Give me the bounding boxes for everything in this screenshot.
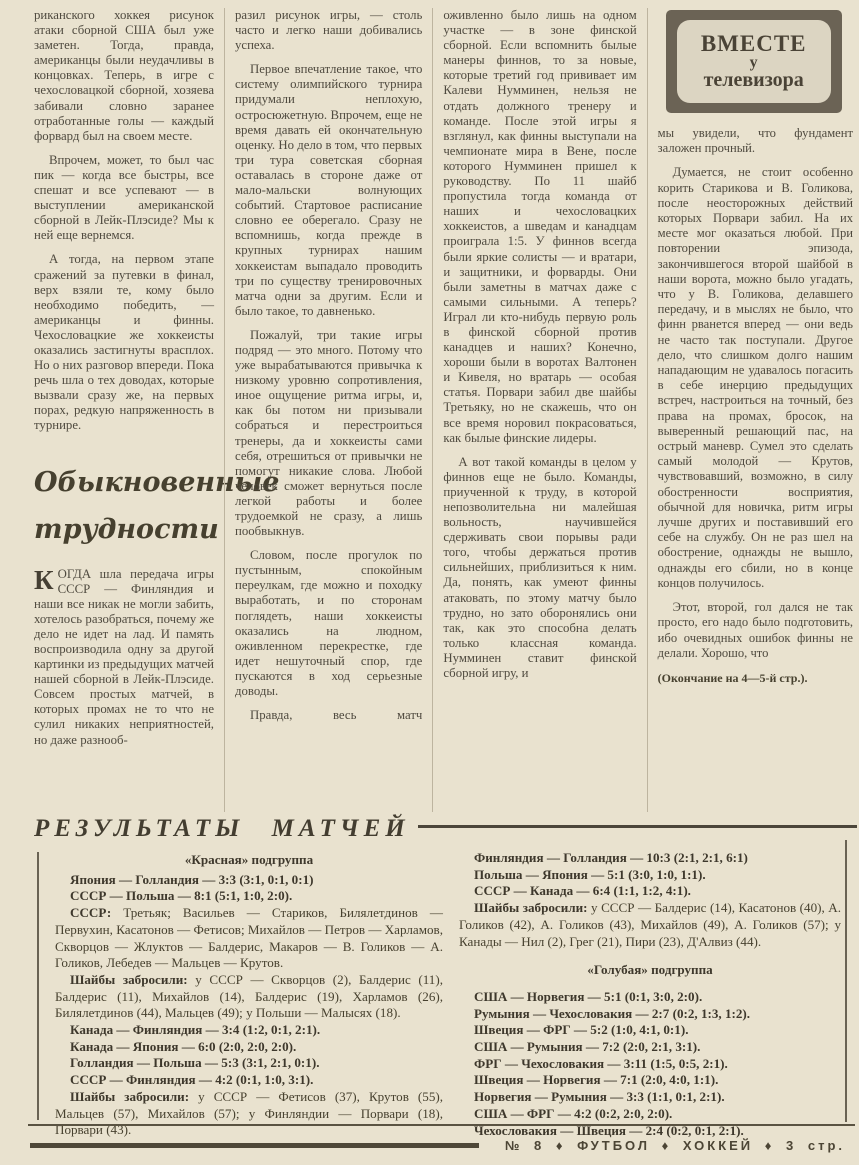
page-footer: № 8 ♦ ФУТБОЛ ♦ ХОККЕЙ ♦ 3 стр. xyxy=(30,1138,845,1153)
paragraph: оживленно было лишь на одном участке — в… xyxy=(443,8,636,446)
article-column-3: оживленно было лишь на одном участке — в… xyxy=(432,8,636,812)
match-line: Финляндия — Голландия — 10:3 (2:1, 2:1, … xyxy=(474,850,748,865)
tv-logo-line-3: телевизора xyxy=(704,70,804,90)
tv-logo-box: ВМЕСТЕ у телевизора xyxy=(666,10,842,113)
match-line: СССР — Финляндия — 4:2 (0:1, 1:0, 3:1). xyxy=(70,1072,313,1087)
drop-cap: К xyxy=(34,567,58,593)
match-line: Швеция — Норвегия — 7:1 (2:0, 4:0, 1:1). xyxy=(474,1072,718,1087)
scorers-paragraph: Шайбы забросили: у СССР — Балдерис (14),… xyxy=(459,900,841,950)
scorers-lead: Шайбы забросили: xyxy=(474,900,588,915)
roster-text: Третьяк; Васильев — Стариков, Билялетдин… xyxy=(55,905,443,970)
paragraph: КОГДА шла передача игры СССР — Финляндия… xyxy=(34,567,214,748)
match-line: США — Норвегия — 5:1 (0:1, 3:0, 2:0). xyxy=(474,989,702,1004)
match-line: США — ФРГ — 4:2 (0:2, 2:0, 2:0). xyxy=(474,1106,672,1121)
match-line: Польша — Япония — 5:1 (3:0, 1:0, 1:1). xyxy=(474,867,706,882)
article-column-4: ВМЕСТЕ у телевизора мы увидели, что фунд… xyxy=(647,8,853,812)
match-line: Канада — Япония — 6:0 (2:0, 2:0, 2:0). xyxy=(70,1039,296,1054)
results-column-left: «Красная» подгруппа Япония — Голландия —… xyxy=(55,850,443,1139)
match-line: Швеция — ФРГ — 5:2 (1:0, 4:1, 0:1). xyxy=(474,1022,688,1037)
results-title-row: РЕЗУЛЬТАТЫ МАТЧЕЙ xyxy=(0,812,859,846)
match-line: ФРГ — Чехословакия — 3:11 (1:5, 0:5, 2:1… xyxy=(474,1056,728,1071)
paragraph: Словом, после прогулок по пустынным, спо… xyxy=(235,548,422,699)
article-column-2: разил рисунок игры, — столь часто и легк… xyxy=(224,8,422,812)
match-result: Швеция — ФРГ — 5:2 (1:0, 4:1, 0:1). xyxy=(459,1022,841,1039)
results-columns: «Красная» подгруппа Япония — Голландия —… xyxy=(0,846,859,1139)
paragraph: Первое впечатление такое, что систему ол… xyxy=(235,62,422,319)
paragraph: разил рисунок игры, — столь часто и легк… xyxy=(235,8,422,53)
headline-line-2: трудности xyxy=(34,515,214,545)
roster-paragraph: СССР: Третьяк; Васильев — Стариков, Биля… xyxy=(55,905,443,972)
footer-text: № 8 ♦ ФУТБОЛ ♦ ХОККЕЙ ♦ 3 стр. xyxy=(505,1138,845,1153)
tv-logo-screen: ВМЕСТЕ у телевизора xyxy=(677,20,831,103)
horizontal-rule xyxy=(28,1124,855,1126)
newspaper-page: риканского хоккея рисунок атаки сборной … xyxy=(0,0,859,1165)
article-column-1: риканского хоккея рисунок атаки сборной … xyxy=(34,8,214,812)
match-result: Швеция — Норвегия — 7:1 (2:0, 4:0, 1:1). xyxy=(459,1072,841,1089)
match-result: ФРГ — Чехословакия — 3:11 (1:5, 0:5, 2:1… xyxy=(459,1056,841,1073)
match-line: СССР — Польша — 8:1 (5:1, 1:0, 2:0). xyxy=(70,888,292,903)
paragraph: Думается, не стоит особенно корить Стари… xyxy=(658,165,853,591)
match-line: Румыния — Чехословакия — 2:7 (0:2, 1:3, … xyxy=(474,1006,750,1021)
tv-logo-line-1: ВМЕСТЕ xyxy=(701,33,807,55)
horizontal-rule xyxy=(418,825,857,828)
paragraph: Впрочем, может, то был час пик — когда в… xyxy=(34,153,214,244)
continuation-note: (Окончание на 4—5-й стр.). xyxy=(658,671,853,686)
scorers-lead: Шайбы забросили: xyxy=(70,1089,189,1104)
scorers-paragraph: Шайбы забросили: у СССР — Фетисов (37), … xyxy=(55,1089,443,1139)
match-line: Норвегия — Румыния — 3:3 (1:1, 0:1, 2:1)… xyxy=(474,1089,725,1104)
scorers-paragraph: Шайбы забросили: у СССР — Скворцов (2), … xyxy=(55,972,443,1022)
match-result: Норвегия — Румыния — 3:3 (1:1, 0:1, 2:1)… xyxy=(459,1089,841,1106)
match-result: США — Норвегия — 5:1 (0:1, 3:0, 2:0). xyxy=(459,989,841,1006)
match-result: Голландия — Польша — 5:3 (3:1, 2:1, 0:1)… xyxy=(55,1055,443,1072)
vertical-rule xyxy=(37,852,39,1120)
article-area: риканского хоккея рисунок атаки сборной … xyxy=(34,8,853,812)
section-headline: Обыкновенные трудности xyxy=(34,468,214,545)
paragraph: А тогда, на первом этапе сражений за пут… xyxy=(34,252,214,433)
match-result: США — Румыния — 7:2 (2:0, 2:1, 3:1). xyxy=(459,1039,841,1056)
match-result: Румыния — Чехословакия — 2:7 (0:2, 1:3, … xyxy=(459,1006,841,1023)
match-line: СССР — Канада — 6:4 (1:1, 1:2, 4:1). xyxy=(474,883,691,898)
paragraph: Этот, второй, гол дался не так просто, е… xyxy=(658,600,853,661)
tv-logo-line-2: у xyxy=(750,55,758,70)
match-result: США — ФРГ — 4:2 (0:2, 2:0, 2:0). xyxy=(459,1106,841,1123)
paragraph: риканского хоккея рисунок атаки сборной … xyxy=(34,8,214,144)
scorers-lead: Шайбы забросили: xyxy=(70,972,188,987)
match-result: Япония — Голландия — 3:3 (3:1, 0:1, 0:1) xyxy=(55,872,443,889)
roster-lead: СССР: xyxy=(70,905,111,920)
paragraph: Правда, весь матч xyxy=(235,708,422,723)
subgroup-heading: «Красная» подгруппа xyxy=(55,852,443,869)
match-line: Голландия — Польша — 5:3 (3:1, 2:1, 0:1)… xyxy=(70,1055,319,1070)
vertical-rule xyxy=(845,840,847,1122)
paragraph: мы увидели, что фундамент заложен прочны… xyxy=(658,126,853,156)
match-line: США — Румыния — 7:2 (2:0, 2:1, 3:1). xyxy=(474,1039,700,1054)
match-result: СССР — Финляндия — 4:2 (0:1, 1:0, 3:1). xyxy=(55,1072,443,1089)
results-section: РЕЗУЛЬТАТЫ МАТЧЕЙ «Красная» подгруппа Яп… xyxy=(0,812,859,1124)
paragraph-text: ОГДА шла передача игры СССР — Финляндия … xyxy=(34,567,214,747)
match-line: Япония — Голландия — 3:3 (3:1, 0:1, 0:1) xyxy=(70,872,314,887)
paragraph: А вот такой команды в целом у финнов еще… xyxy=(443,455,636,681)
match-result: СССР — Польша — 8:1 (5:1, 1:0, 2:0). xyxy=(55,888,443,905)
paragraph: Пожалуй, три такие игры подряд — это мно… xyxy=(235,328,422,539)
subgroup-heading: «Голубая» подгруппа xyxy=(459,962,841,979)
footer-rule xyxy=(30,1143,479,1148)
match-result: СССР — Канада — 6:4 (1:1, 1:2, 4:1). xyxy=(459,883,841,900)
match-result: Канада — Финляндия — 3:4 (1:2, 0:1, 2:1)… xyxy=(55,1022,443,1039)
match-line: Канада — Финляндия — 3:4 (1:2, 0:1, 2:1)… xyxy=(70,1022,320,1037)
results-column-right: Финляндия — Голландия — 10:3 (2:1, 2:1, … xyxy=(459,850,841,1139)
match-result: Польша — Япония — 5:1 (3:0, 1:0, 1:1). xyxy=(459,867,841,884)
match-result: Финляндия — Голландия — 10:3 (2:1, 2:1, … xyxy=(459,850,841,867)
results-title: РЕЗУЛЬТАТЫ МАТЧЕЙ xyxy=(34,815,410,843)
match-result: Канада — Япония — 6:0 (2:0, 2:0, 2:0). xyxy=(55,1039,443,1056)
